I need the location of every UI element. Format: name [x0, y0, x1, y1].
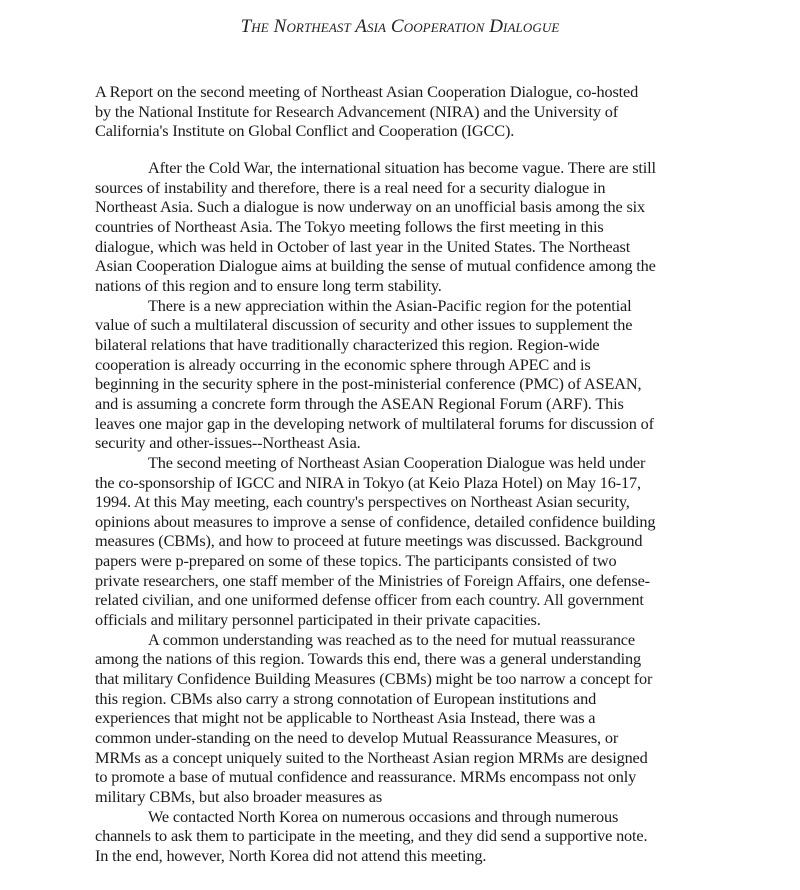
text-line: security and other-issues--Northeast Asi…	[95, 433, 735, 453]
paragraph-north-korea: We contacted North Korea on numerous occ…	[95, 807, 735, 866]
text-line: opinions about measures to improve a sen…	[95, 512, 735, 532]
text-line: The second meeting of Northeast Asian Co…	[95, 453, 735, 473]
text-line: officials and military personnel partici…	[95, 610, 735, 630]
document-body: After the Cold War, the international si…	[95, 158, 735, 866]
paragraph-common-understanding: A common understanding was reached as to…	[95, 630, 735, 807]
text-line: A common understanding was reached as to…	[95, 630, 735, 650]
text-line: There is a new appreciation within the A…	[95, 296, 735, 316]
text-line: cooperation is already occurring in the …	[95, 355, 735, 375]
text-line: beginning in the security sphere in the …	[95, 374, 735, 394]
text-line: California's Institute on Global Conflic…	[95, 121, 735, 141]
text-line: the co-sponsorship of IGCC and NIRA in T…	[95, 473, 735, 493]
text-line: to promote a base of mutual confidence a…	[95, 767, 735, 787]
text-line: and is assuming a concrete form through …	[95, 394, 735, 414]
text-line: nations of this region and to ensure lon…	[95, 276, 735, 296]
text-line: related civilian, and one uniformed defe…	[95, 590, 735, 610]
text-line: military CBMs, but also broader measures…	[95, 787, 735, 807]
text-line: In the end, however, North Korea did not…	[95, 846, 735, 866]
text-line: After the Cold War, the international si…	[95, 158, 735, 178]
text-line: common under-standing on the need to dev…	[95, 728, 735, 748]
text-line: sources of instability and therefore, th…	[95, 178, 735, 198]
paragraph-asian-pacific: There is a new appreciation within the A…	[95, 296, 735, 453]
text-line: channels to ask them to participate in t…	[95, 826, 735, 846]
text-line: countries of Northeast Asia. The Tokyo m…	[95, 217, 735, 237]
text-line: this region. CBMs also carry a strong co…	[95, 689, 735, 709]
text-line: by the National Institute for Research A…	[95, 102, 735, 122]
text-line: leaves one major gap in the developing n…	[95, 414, 735, 434]
text-line: measures (CBMs), and how to proceed at f…	[95, 531, 735, 551]
text-line: Northeast Asia. Such a dialogue is now u…	[95, 197, 735, 217]
text-line: value of such a multilateral discussion …	[95, 315, 735, 335]
text-line: Asian Cooperation Dialogue aims at build…	[95, 256, 735, 276]
text-line: 1994. At this May meeting, each country'…	[95, 492, 735, 512]
text-line: experiences that might not be applicable…	[95, 708, 735, 728]
text-line: dialogue, which was held in October of l…	[95, 237, 735, 257]
text-line: bilateral relations that have traditiona…	[95, 335, 735, 355]
paragraph-second-meeting: The second meeting of Northeast Asian Co…	[95, 453, 735, 630]
text-line: among the nations of this region. Toward…	[95, 649, 735, 669]
text-line: A Report on the second meeting of Northe…	[95, 82, 735, 102]
text-line: private researchers, one staff member of…	[95, 571, 735, 591]
text-line: that military Confidence Building Measur…	[95, 669, 735, 689]
paragraph-cold-war: After the Cold War, the international si…	[95, 158, 735, 296]
text-line: MRMs as a concept uniquely suited to the…	[95, 748, 735, 768]
text-line: We contacted North Korea on numerous occ…	[95, 807, 735, 827]
text-line: papers were p-prepared on some of these …	[95, 551, 735, 571]
document-title: The Northeast Asia Cooperation Dialogue	[0, 16, 800, 38]
intro-paragraph: A Report on the second meeting of Northe…	[95, 82, 735, 141]
